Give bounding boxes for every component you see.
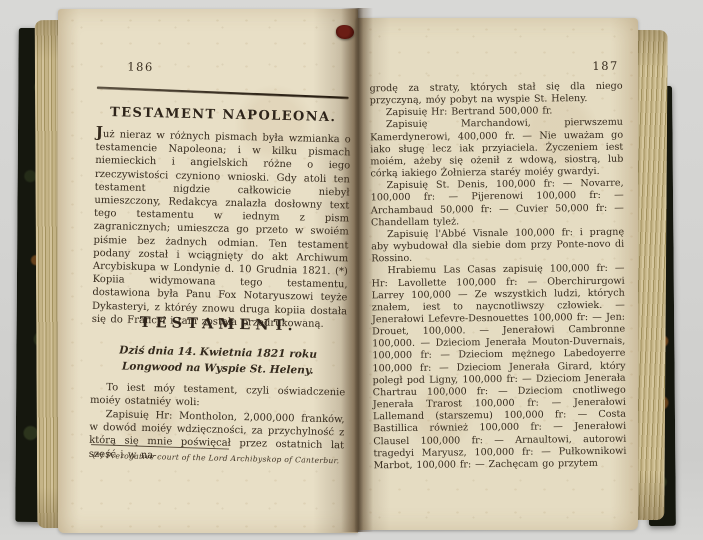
paragraph-st-denis: Zapisuię St. Denis, 100,000 fr: — Novarr… <box>371 178 624 229</box>
left-page-content: 186 TESTAMENT NAPOLEONA. Już nieraz w ró… <box>51 6 362 536</box>
page-right: 187 grodę za straty, których stał się dl… <box>356 18 638 530</box>
article-title: TESTAMENT NAPOLEONA. <box>96 105 350 126</box>
paragraph-continuation: grodę za straty, których stał się dla ni… <box>370 81 623 108</box>
dateline: Dziś dnia 14. Kwietnia 1821 roku Longwoo… <box>91 343 346 380</box>
paragraph-abbe-visnale: Zapisuię l'Abbé Visnale 100,000 fr: i pr… <box>371 227 624 266</box>
paragraph-marchand: Zapisuię Marchandowi, pierwszemu Kamerdy… <box>370 117 624 180</box>
photo-background: 186 TESTAMENT NAPOLEONA. Już nieraz w ró… <box>0 0 703 540</box>
paragraph-intro: Już nieraz w różnych pismach była wzmian… <box>92 126 351 332</box>
page-left: 186 TESTAMENT NAPOLEONA. Już nieraz w ró… <box>58 9 358 533</box>
page-number-left: 186 <box>127 60 154 75</box>
right-text-block: grodę za straty, których stał się dla ni… <box>370 81 627 473</box>
headband <box>336 25 354 39</box>
page-number-right: 187 <box>592 59 619 73</box>
gutter-shadow <box>341 8 373 532</box>
header-rule <box>97 86 349 98</box>
right-page-content: 187 grodę za straty, których stał się dl… <box>354 17 641 532</box>
paragraph-las-casas: Hrabiemu Las Casas zapisuię 100,000 fr: … <box>371 263 626 472</box>
